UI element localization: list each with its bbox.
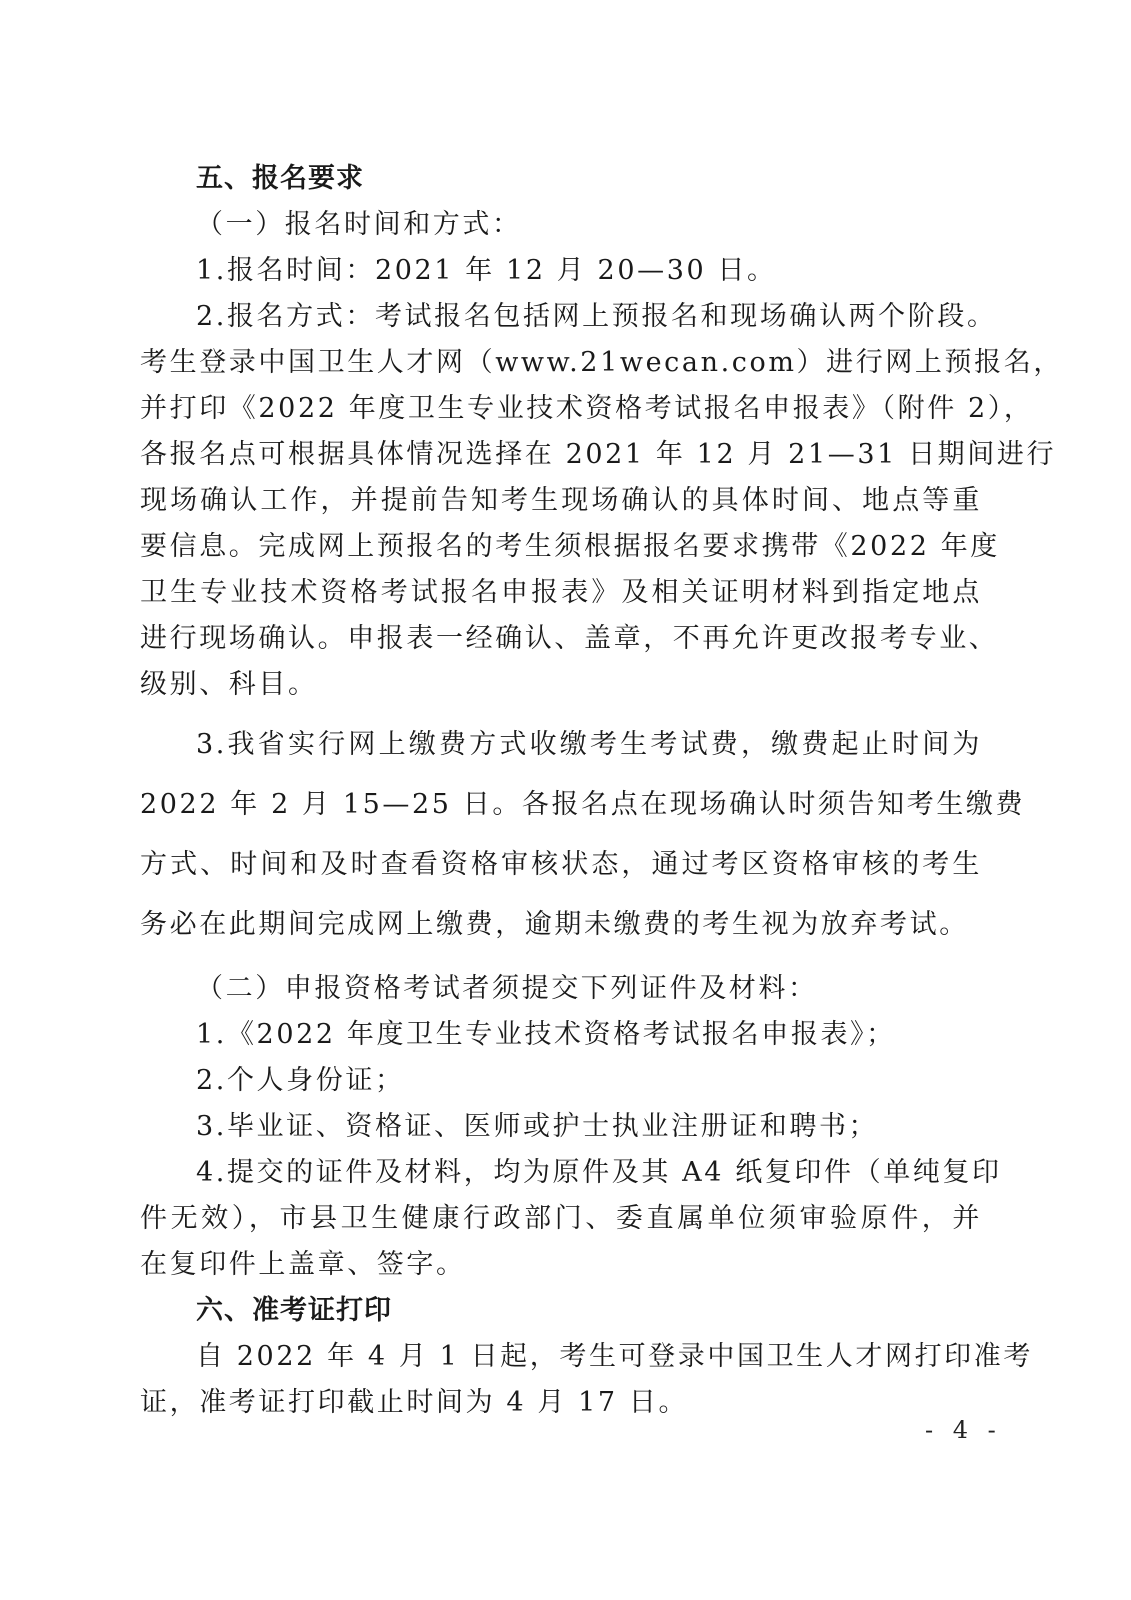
item-registration-method-line: 2.报名方式：考试报名包括网上预报名和现场确认两个阶段。 (140, 294, 982, 340)
item-registration-method-line: 级别、科目。 (140, 662, 982, 708)
section-heading-admission-ticket: 六、准考证打印 (140, 1288, 982, 1334)
admission-ticket-paragraph-line: 自 2022 年 4 月 1 日起，考生可登录中国卫生人才网打印准考 (140, 1334, 982, 1380)
document-body: 五、报名要求 （一）报名时间和方式： 1.报名时间：2021 年 12 月 20… (140, 156, 982, 1426)
document-page: 五、报名要求 （一）报名时间和方式： 1.报名时间：2021 年 12 月 20… (0, 0, 1131, 1600)
item-registration-time: 1.报名时间：2021 年 12 月 20—30 日。 (140, 248, 982, 294)
item-registration-method-line: 各报名点可根据具体情况选择在 2021 年 12 月 21—31 日期间进行 (140, 432, 982, 478)
item-application-form: 1.《2022 年度卫生专业技术资格考试报名申报表》； (140, 1012, 982, 1058)
line-gap (140, 828, 982, 842)
item-payment-line: 3.我省实行网上缴费方式收缴考生考试费，缴费起止时间为 (140, 722, 982, 768)
item-originals-copies-line: 件无效），市县卫生健康行政部门、委直属单位须审验原件，并 (140, 1196, 982, 1242)
item-originals-copies-line: 4.提交的证件及材料，均为原件及其 A4 纸复印件（单纯复印 (140, 1150, 982, 1196)
item-registration-method-line: 考生登录中国卫生人才网（www.21wecan.com）进行网上预报名， (140, 340, 982, 386)
admission-ticket-paragraph-line: 证，准考证打印截止时间为 4 月 17 日。 (140, 1380, 982, 1426)
subsection-title-time-and-method: （一）报名时间和方式： (140, 202, 982, 248)
line-gap (140, 888, 982, 902)
item-registration-method-line: 进行现场确认。申报表一经确认、盖章，不再允许更改报考专业、 (140, 616, 982, 662)
paragraph-gap (140, 948, 982, 966)
item-registration-method-line: 并打印《2022 年度卫生专业技术资格考试报名申报表》（附件 2）， (140, 386, 982, 432)
page-number: - 4 - (925, 1416, 1002, 1444)
item-registration-method-line: 现场确认工作，并提前告知考生现场确认的具体时间、地点等重 (140, 478, 982, 524)
subsection-title-required-documents: （二）申报资格考试者须提交下列证件及材料： (140, 966, 982, 1012)
section-heading-registration-requirements: 五、报名要求 (140, 156, 982, 202)
item-payment-line: 2022 年 2 月 15—25 日。各报名点在现场确认时须告知考生缴费 (140, 782, 982, 828)
item-payment-line: 方式、时间和及时查看资格审核状态，通过考区资格审核的考生 (140, 842, 982, 888)
item-registration-method-line: 要信息。完成网上预报名的考生须根据报名要求携带《2022 年度 (140, 524, 982, 570)
item-certificates: 3.毕业证、资格证、医师或护士执业注册证和聘书； (140, 1104, 982, 1150)
item-id-card: 2.个人身份证； (140, 1058, 982, 1104)
item-payment-line: 务必在此期间完成网上缴费，逾期未缴费的考生视为放弃考试。 (140, 902, 982, 948)
paragraph-gap (140, 708, 982, 722)
item-originals-copies-line: 在复印件上盖章、签字。 (140, 1242, 982, 1288)
line-gap (140, 768, 982, 782)
item-registration-method-line: 卫生专业技术资格考试报名申报表》及相关证明材料到指定地点 (140, 570, 982, 616)
